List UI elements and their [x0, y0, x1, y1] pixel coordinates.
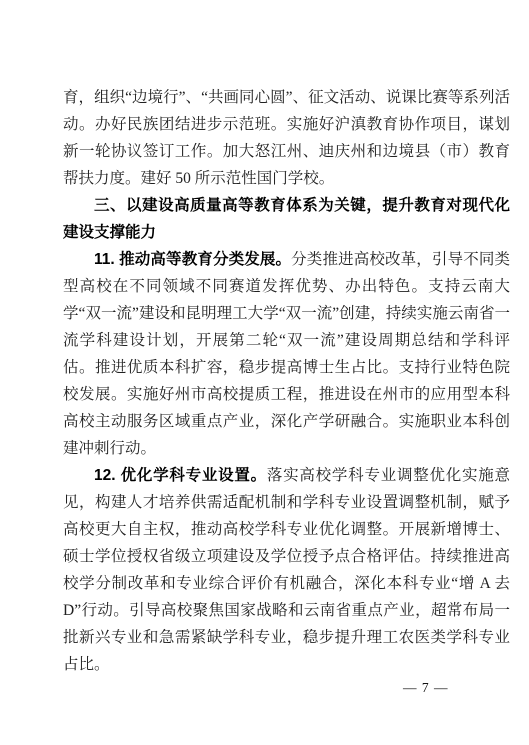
- item-11-lead: 11. 推动高等教育分类发展。: [94, 251, 291, 268]
- paragraph-item-12: 12. 优化学科专业设置。落实高校学科专业调整优化实施意见，构建人才培养供需适配…: [63, 462, 510, 678]
- section-heading: 三、以建设高质量高等教育体系为关键，提升教育对现代化建设支撑能力: [63, 192, 510, 246]
- item-12-lead: 12. 优化学科专业设置。: [94, 467, 267, 484]
- page-number: — 7 —: [403, 680, 455, 696]
- item-12-body: 落实高校学科专业调整优化实施意见，构建人才培养供需适配机制和学科专业设置调整机制…: [63, 467, 510, 673]
- paragraph-item-11: 11. 推动高等教育分类发展。分类推进高校改革，引导不同类型高校在不同领域不同赛…: [63, 246, 510, 462]
- paragraph-continuation: 育，组织“边境行”、“共画同心圆”、征文活动、说课比赛等系列活动。办好民族团结进…: [63, 84, 510, 192]
- item-11-body: 分类推进高校改革，引导不同类型高校在不同领域不同赛道发挥优势、办出特色。支持云南…: [63, 251, 510, 457]
- document-page: 育，组织“边境行”、“共画同心圆”、征文活动、说课比赛等系列活动。办好民族团结进…: [0, 0, 529, 745]
- document-body: 育，组织“边境行”、“共画同心圆”、征文活动、说课比赛等系列活动。办好民族团结进…: [63, 84, 510, 678]
